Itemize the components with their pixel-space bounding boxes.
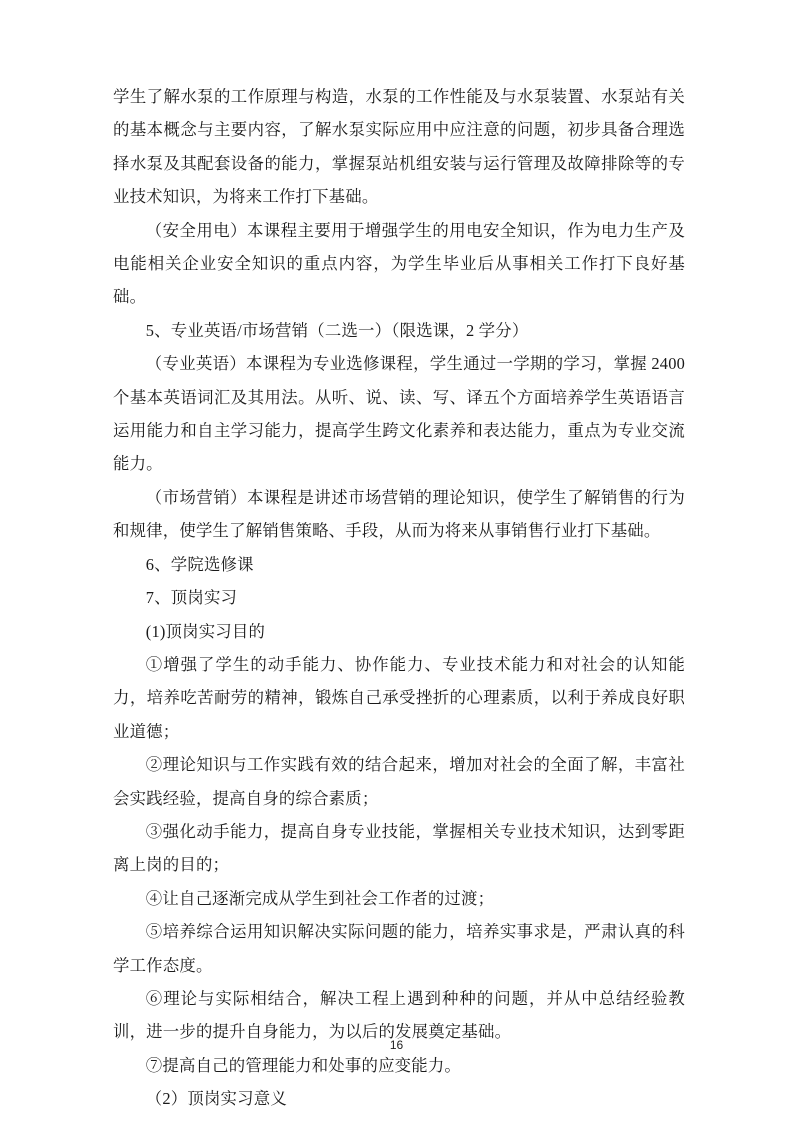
paragraph: ③强化动手能力，提高自身专业技能，掌握相关专业技术知识，达到零距离上岗的目的； (113, 815, 685, 882)
paragraph: （市场营销）本课程是讲述市场营销的理论知识，使学生了解销售的行为和规律，使学生了… (113, 481, 685, 548)
document-page: 学生了解水泵的工作原理与构造，水泵的工作性能及与水泵装置、水泵站有关的基本概念与… (0, 0, 793, 1122)
paragraph: (1)顶岗实习目的 (113, 615, 685, 648)
document-body: 学生了解水泵的工作原理与构造，水泵的工作性能及与水泵装置、水泵站有关的基本概念与… (113, 80, 685, 1116)
paragraph: ②理论知识与工作实践有效的结合起来，增加对社会的全面了解，丰富社会实践经验，提高… (113, 748, 685, 815)
paragraph: ①增强了学生的动手能力、协作能力、专业技术能力和对社会的认知能力，培养吃苦耐劳的… (113, 648, 685, 748)
paragraph: （安全用电）本课程主要用于增强学生的用电安全知识，作为电力生产及电能相关企业安全… (113, 214, 685, 314)
paragraph: （专业英语）本课程为专业选修课程，学生通过一学期的学习，掌握 2400 个基本英… (113, 347, 685, 481)
page-number: 16 (0, 1038, 793, 1052)
paragraph: ⑤培养综合运用知识解决实际问题的能力，培养实事求是，严肃认真的科学工作态度。 (113, 915, 685, 982)
paragraph: ⑦提高自己的管理能力和处事的应变能力。 (113, 1049, 685, 1082)
paragraph: 学生了解水泵的工作原理与构造，水泵的工作性能及与水泵装置、水泵站有关的基本概念与… (113, 80, 685, 214)
paragraph: 7、顶岗实习 (113, 581, 685, 614)
paragraph: ④让自己逐渐完成从学生到社会工作者的过渡； (113, 882, 685, 915)
paragraph: （2）顶岗实习意义 (113, 1082, 685, 1115)
paragraph: 5、专业英语/市场营销（二选一）（限选课，2 学分） (113, 314, 685, 347)
paragraph: 6、学院选修课 (113, 548, 685, 581)
